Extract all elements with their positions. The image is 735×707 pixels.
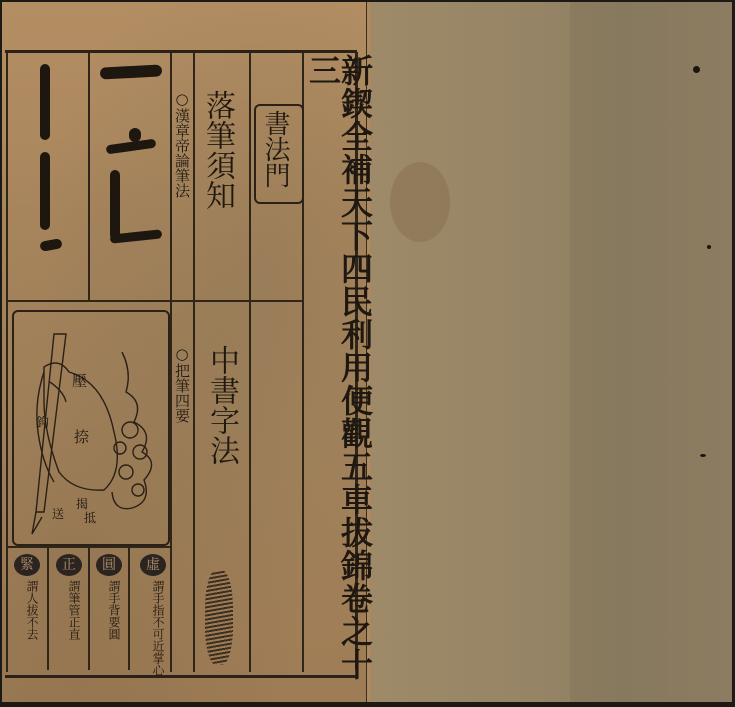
badge-yuan: 圓 [96,554,122,576]
illus-label: 抵 [84,510,96,525]
illus-label: 捺 [74,428,89,446]
badge-zheng: 正 [56,554,82,576]
stroke-hook-glyph [110,170,120,240]
essential-text: 謂手指不可近掌心 [152,580,164,676]
paper-stain [390,162,450,242]
illus-label: 壓 [72,372,87,390]
column-rule [128,548,130,670]
column-rule [88,548,90,670]
heading-brush-essentials: 落筆須知 [202,90,232,210]
essential-text: 謂筆管正直 [68,580,80,640]
register-divider [6,300,304,302]
note-four-grip-essentials: ○把筆四要 [174,345,189,423]
wormhole-mark [700,454,706,457]
section-label: 書法門 [262,110,288,188]
badge-xu: 虛 [140,554,166,576]
illus-label: 揭 [76,496,88,511]
essential-text: 謂人拔不去 [26,580,38,640]
illus-label: 鉤 [36,416,49,431]
frame-line [6,52,8,672]
wormhole-mark [693,66,700,73]
heading-middle-script: 中書字法 [206,345,236,465]
hand-holding-brush-icon: 壓 捺 鉤 揭 抵 送 [14,312,168,544]
hand-brush-illustration: 壓 捺 鉤 揭 抵 送 [12,310,170,546]
note-emperor-brush-method: ○漢章帝論筆法 [174,90,189,198]
column-rule [170,52,172,672]
stroke-vertical-glyph [40,64,50,140]
book-spread: 新鍥全補天下四民利用便觀五車拔錦卷之十三 書法門 落筆須知 ○漢章帝論筆法 中書… [0,0,735,707]
column-rule [249,52,251,672]
essential-text: 謂手背要圓 [108,580,120,640]
illus-label: 送 [52,507,64,521]
ink-smudge [205,570,233,665]
badge-jin: 緊 [14,554,40,576]
column-rule [47,548,49,670]
column-rule [88,52,90,300]
book-title: 新鍥全補天下四民利用便觀五車拔錦卷之十三 [307,54,371,707]
column-rule [193,52,195,672]
stroke-vertical-glyph [40,152,50,230]
right-page-blank [370,2,732,702]
wormhole-mark [707,245,711,249]
